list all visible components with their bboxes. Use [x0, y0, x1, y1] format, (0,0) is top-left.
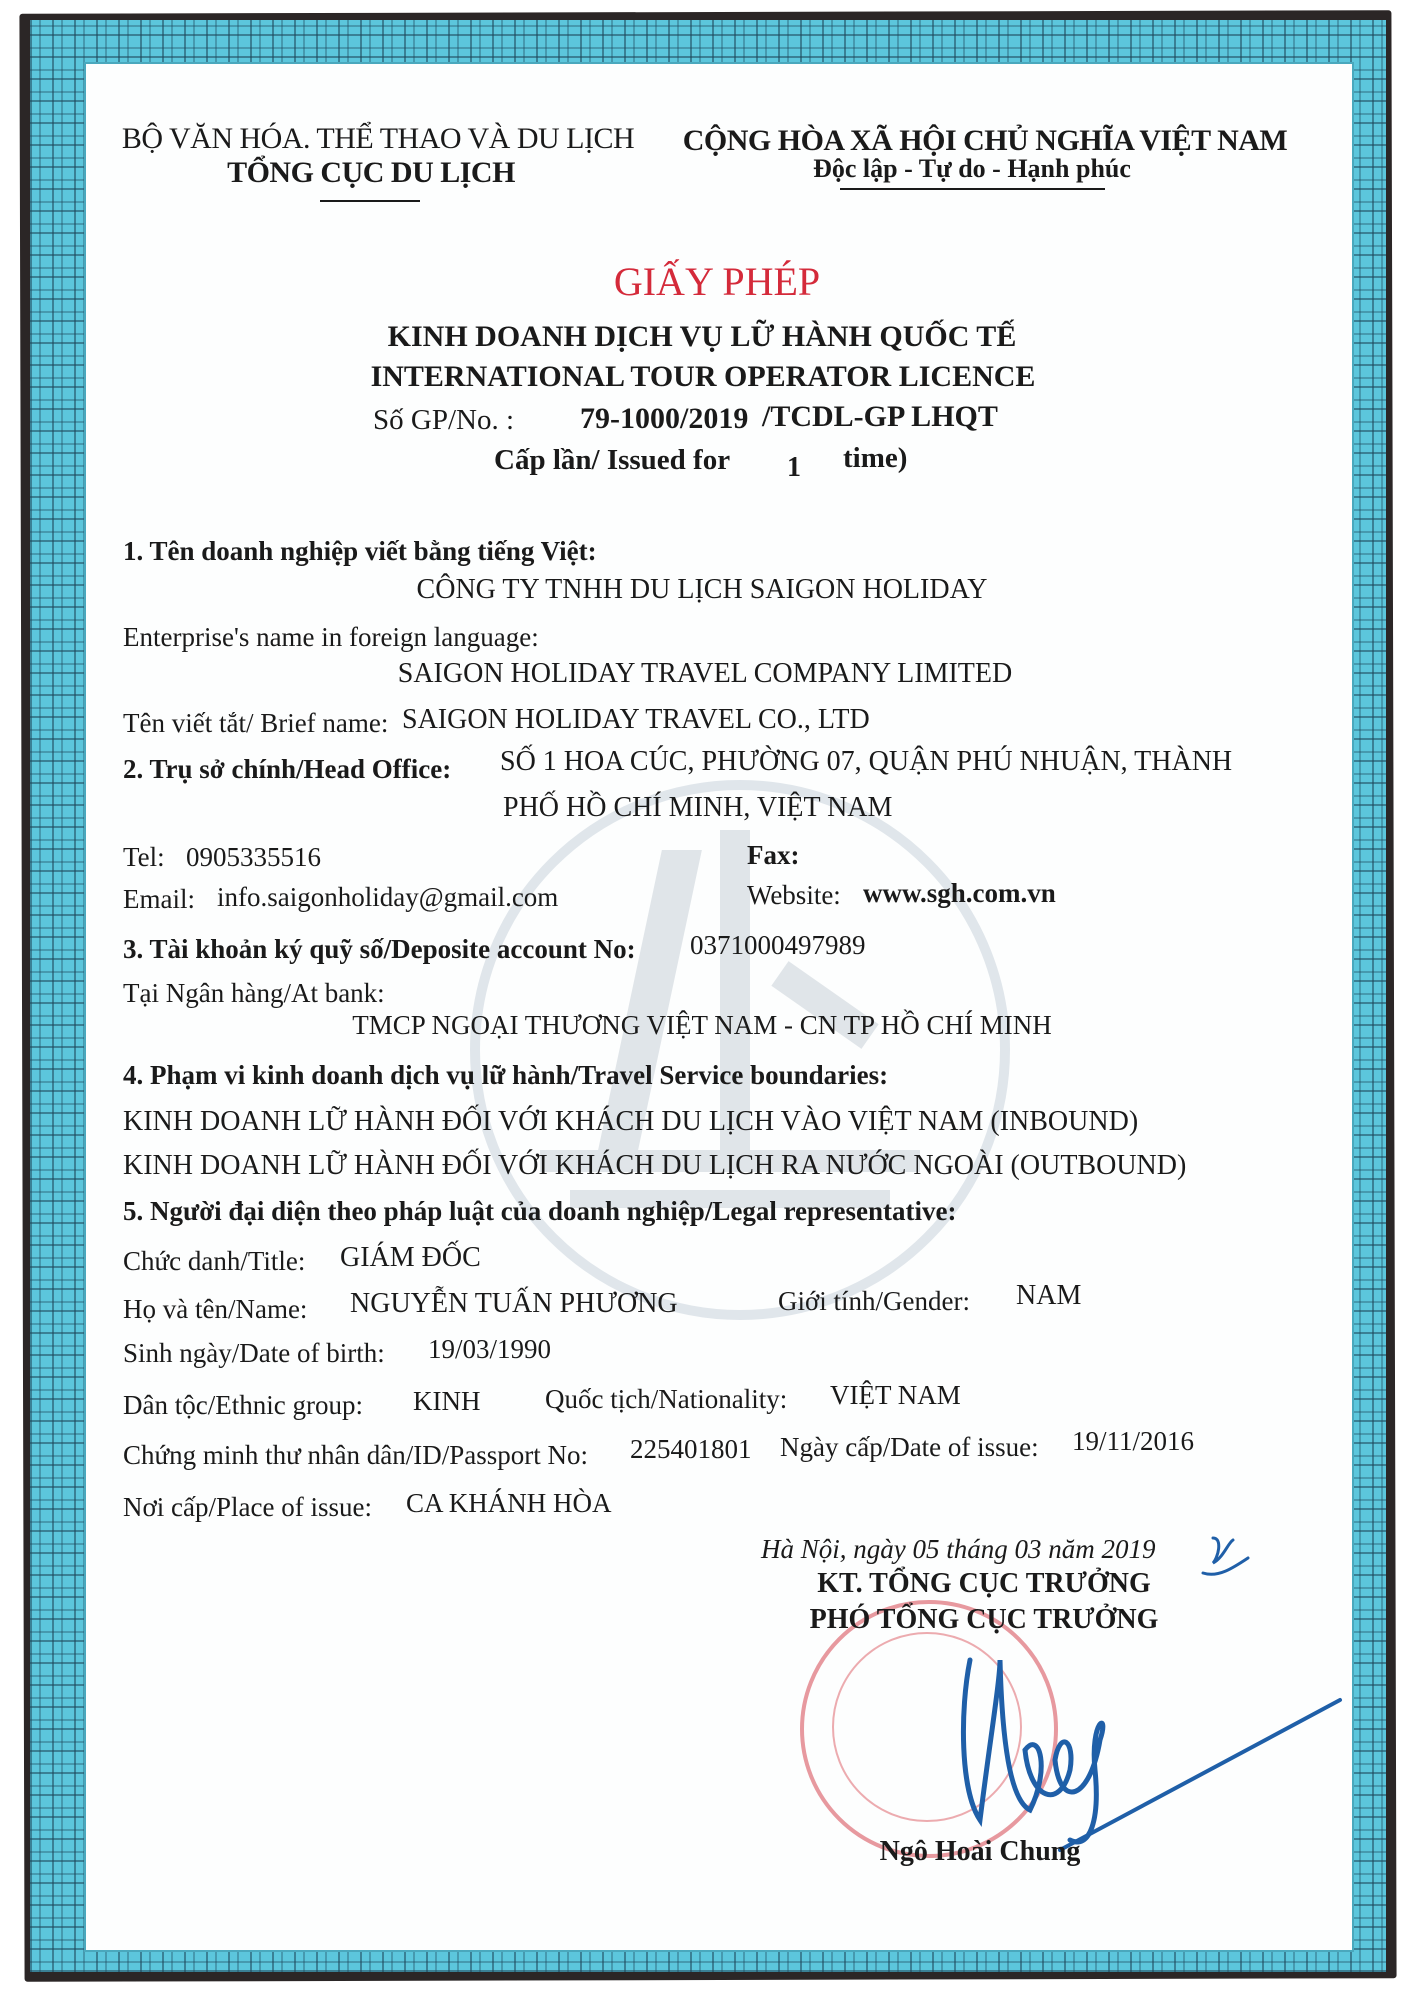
license-number-suffix: /TCDL-GP LHQT: [762, 402, 998, 432]
nationality-label: Quốc tịch/Nationality:: [545, 1386, 787, 1413]
tel-label: Tel:: [123, 844, 165, 871]
rep-title-label: Chức danh/Title:: [123, 1248, 305, 1275]
gender-value: NAM: [1016, 1282, 1081, 1310]
service-inbound: KINH DOANH LỮ HÀNH ĐỐI VỚI KHÁCH DU LỊCH…: [123, 1108, 1138, 1136]
service-outbound: KINH DOANH LỮ HÀNH ĐỐI VỚI KHÁCH DU LỊCH…: [123, 1152, 1186, 1180]
signer-role-1: KT. TỔNG CỤC TRƯỞNG: [817, 1570, 1150, 1598]
motto: Độc lập - Tự do - Hạnh phúc: [813, 156, 1131, 182]
section5-heading: 5. Người đại diện theo pháp luật của doa…: [123, 1198, 957, 1225]
foreign-name-label: Enterprise's name in foreign language:: [123, 624, 539, 651]
enterprise-vn-name: CÔNG TY TNHH DU LỊCH SAIGON HOLIDAY: [417, 576, 988, 604]
address-line1: SỐ 1 HOA CÚC, PHƯỜNG 07, QUẬN PHÚ NHUẬN,…: [500, 748, 1232, 776]
rep-title-value: GIÁM ĐỐC: [340, 1244, 481, 1272]
issue-date-value: 19/11/2016: [1072, 1428, 1194, 1455]
bank-name: TMCP NGOẠI THƯƠNG VIỆT NAM - CN TP HỒ CH…: [352, 1012, 1051, 1039]
website-value: www.sgh.com.vn: [863, 880, 1056, 907]
issued-count-label: Cấp lần/ Issued for: [494, 446, 730, 475]
email-value: info.saigonholiday@gmail.com: [217, 884, 558, 911]
agency-name: TỔNG CỤC DU LỊCH: [227, 158, 515, 188]
motto-underline: [840, 188, 1105, 190]
ministry-name: BỘ VĂN HÓA. THỂ THAO VÀ DU LỊCH: [122, 124, 634, 154]
issued-count: 1: [787, 454, 801, 482]
tel-value: 0905335516: [186, 844, 321, 871]
section4-heading: 4. Phạm vi kinh doanh dịch vụ lữ hành/Tr…: [123, 1062, 888, 1089]
license-number: 79-1000/2019: [580, 404, 748, 434]
agency-underline: [320, 200, 420, 202]
title-vietnamese: KINH DOANH DỊCH VỤ LỮ HÀNH QUỐC TẾ: [388, 322, 1017, 352]
section3-heading: 3. Tài khoản ký quỹ số/Deposite account …: [123, 936, 636, 963]
fax-label: Fax:: [747, 842, 799, 869]
issue-place-date: Hà Nội, ngày 05 tháng 03 năm 2019: [761, 1536, 1156, 1563]
document-title: GIẤY PHÉP: [614, 262, 820, 302]
deposit-account: 0371000497989: [690, 932, 866, 959]
email-label: Email:: [123, 886, 195, 913]
place-of-issue-value: CA KHÁNH HÒA: [406, 1490, 612, 1517]
address-line2: PHỐ HỒ CHÍ MINH, VIỆT NAM: [503, 794, 892, 822]
gender-label: Giới tính/Gender:: [778, 1288, 970, 1315]
id-label: Chứng minh thư nhân dân/ID/Passport No:: [123, 1442, 588, 1469]
license-number-label: Số GP/No. :: [373, 406, 514, 435]
nationality-value: VIỆT NAM: [830, 1382, 961, 1409]
signer-name: Ngô Hoài Chung: [880, 1838, 1081, 1866]
brief-name: SAIGON HOLIDAY TRAVEL CO., LTD: [402, 706, 870, 734]
country-name: CỘNG HÒA XÃ HỘI CHỦ NGHĨA VIỆT NAM: [683, 126, 1287, 156]
title-english: INTERNATIONAL TOUR OPERATOR LICENCE: [371, 362, 1036, 392]
place-of-issue-label: Nơi cấp/Place of issue:: [123, 1494, 372, 1521]
ethnic-value: KINH: [413, 1388, 481, 1415]
ethnic-label: Dân tộc/Ethnic group:: [123, 1392, 363, 1419]
issued-count-suffix: time): [843, 444, 907, 473]
rep-name-label: Họ và tên/Name:: [123, 1296, 307, 1323]
issue-date-label: Ngày cấp/Date of issue:: [780, 1434, 1039, 1461]
watermark-logo-icon: [470, 780, 1010, 1320]
section2-heading: 2. Trụ sở chính/Head Office:: [123, 756, 451, 783]
rep-name-value: NGUYỄN TUẤN PHƯƠNG: [350, 1290, 678, 1318]
initials-icon: [1198, 1528, 1258, 1588]
dob-value: 19/03/1990: [428, 1336, 551, 1363]
id-value: 225401801: [630, 1436, 752, 1463]
brief-name-label: Tên viết tắt/ Brief name:: [123, 710, 388, 737]
section1-heading: 1. Tên doanh nghiệp viết bằng tiếng Việt…: [123, 538, 597, 565]
enterprise-foreign-name: SAIGON HOLIDAY TRAVEL COMPANY LIMITED: [398, 660, 1012, 688]
bank-label: Tại Ngân hàng/At bank:: [123, 980, 385, 1007]
website-label: Website:: [747, 882, 841, 909]
dob-label: Sinh ngày/Date of birth:: [123, 1340, 385, 1367]
